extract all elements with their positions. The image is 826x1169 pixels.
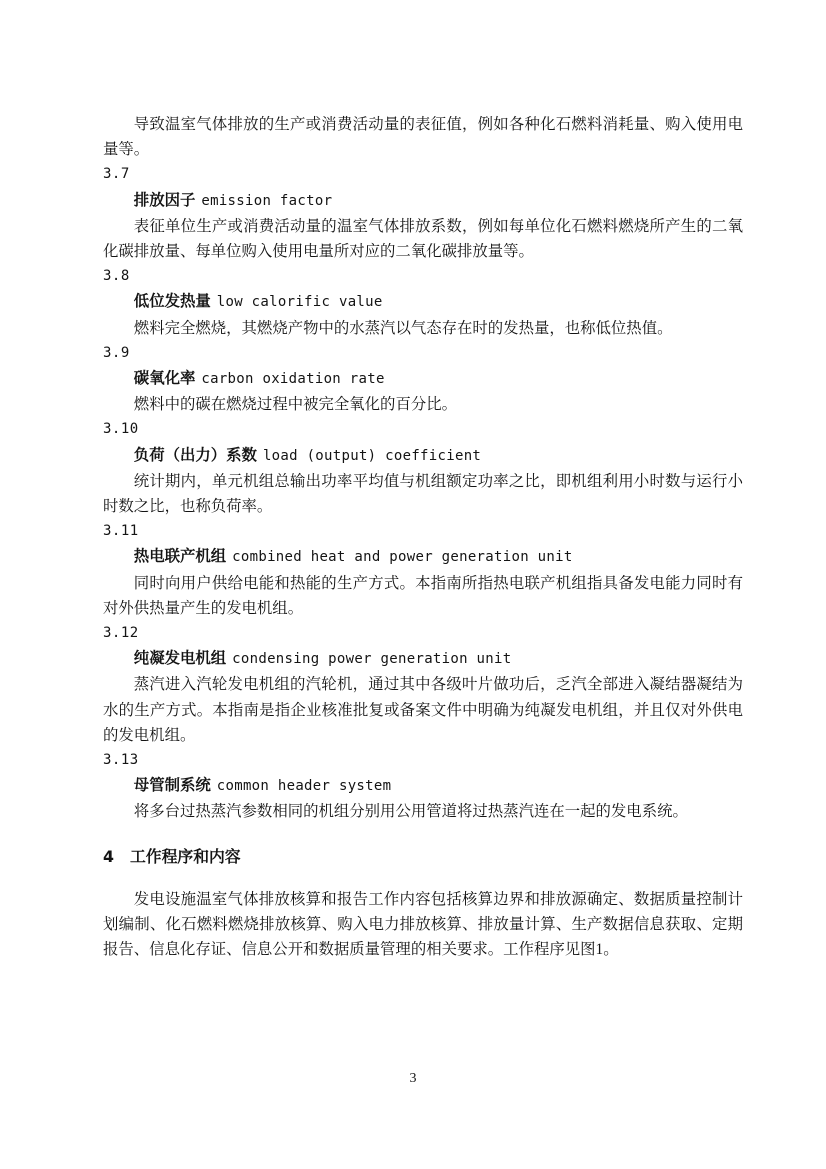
term-definition: 同时向用户供给电能和热能的生产方式。本指南所指热电联产机组指具备发电能力同时有对… xyxy=(103,571,743,621)
term-definition: 蒸汽进入汽轮发电机组的汽轮机，通过其中各级叶片做功后，乏汽全部进入凝结器凝结为水… xyxy=(103,672,743,748)
chapter-paragraph: 发电设施温室气体排放核算和报告工作内容包括核算边界和排放源确定、数据质量控制计划… xyxy=(103,887,743,963)
term-entry: 3.13母管制系统common header system将多台过热蒸汽参数相同… xyxy=(103,748,743,825)
term-title-line: 热电联产机组combined heat and power generation… xyxy=(103,544,743,570)
term-chinese: 排放因子 xyxy=(134,191,196,209)
term-entry: 3.10负荷（出力）系数load (output) coefficient统计期… xyxy=(103,417,743,519)
page-footer: 3 xyxy=(0,1071,826,1087)
document-page: 导致温室气体排放的生产或消费活动量的表征值，例如各种化石燃料消耗量、购入使用电量… xyxy=(0,0,826,1169)
term-chinese: 纯凝发电机组 xyxy=(134,649,226,667)
term-entry: 3.12纯凝发电机组condensing power generation un… xyxy=(103,621,743,748)
page-number: 3 xyxy=(410,1071,417,1086)
continuation-paragraph: 导致温室气体排放的生产或消费活动量的表征值，例如各种化石燃料消耗量、购入使用电量… xyxy=(103,112,743,162)
chapter-number: 4 xyxy=(103,844,130,869)
clause-number: 3.8 xyxy=(103,264,743,289)
term-english: combined heat and power generation unit xyxy=(232,549,572,565)
term-title-line: 母管制系统common header system xyxy=(103,773,743,799)
term-title-line: 排放因子emission factor xyxy=(103,188,743,214)
term-chinese: 碳氧化率 xyxy=(134,369,196,387)
chapter-title: 工作程序和内容 xyxy=(130,847,241,866)
term-entry: 3.11热电联产机组combined heat and power genera… xyxy=(103,519,743,621)
term-definition: 燃料中的碳在燃烧过程中被完全氧化的百分比。 xyxy=(103,392,743,417)
clause-number: 3.7 xyxy=(103,162,743,187)
term-english: emission factor xyxy=(201,193,332,209)
document-content: 导致温室气体排放的生产或消费活动量的表征值，例如各种化石燃料消耗量、购入使用电量… xyxy=(103,112,743,963)
term-english: low calorific value xyxy=(217,294,383,310)
term-entry: 3.7排放因子emission factor表征单位生产或消费活动量的温室气体排… xyxy=(103,162,743,264)
chapter-heading: 4工作程序和内容 xyxy=(103,844,743,869)
clause-number: 3.9 xyxy=(103,341,743,366)
term-title-line: 低位发热量low calorific value xyxy=(103,289,743,315)
term-english: common header system xyxy=(217,778,392,794)
clause-number: 3.11 xyxy=(103,519,743,544)
term-title-line: 碳氧化率carbon oxidation rate xyxy=(103,366,743,392)
term-title-line: 负荷（出力）系数load (output) coefficient xyxy=(103,443,743,469)
term-entry: 3.8低位发热量low calorific value燃料完全燃烧，其燃烧产物中… xyxy=(103,264,743,341)
clause-number: 3.13 xyxy=(103,748,743,773)
term-entry: 3.9碳氧化率carbon oxidation rate燃料中的碳在燃烧过程中被… xyxy=(103,341,743,418)
term-english: carbon oxidation rate xyxy=(201,371,384,387)
clause-number: 3.12 xyxy=(103,621,743,646)
term-definition: 统计期内，单元机组总输出功率平均值与机组额定功率之比，即机组利用小时数与运行小时… xyxy=(103,469,743,519)
term-chinese: 母管制系统 xyxy=(134,776,211,794)
term-english: condensing power generation unit xyxy=(232,651,511,667)
term-chinese: 负荷（出力）系数 xyxy=(134,446,257,464)
term-definition: 燃料完全燃烧，其燃烧产物中的水蒸汽以气态存在时的发热量，也称低位热值。 xyxy=(103,316,743,341)
term-chinese: 热电联产机组 xyxy=(134,547,226,565)
term-title-line: 纯凝发电机组condensing power generation unit xyxy=(103,646,743,672)
term-english: load (output) coefficient xyxy=(263,448,481,464)
term-definition: 将多台过热蒸汽参数相同的机组分别用公用管道将过热蒸汽连在一起的发电系统。 xyxy=(103,799,743,824)
term-definition: 表征单位生产或消费活动量的温室气体排放系数，例如每单位化石燃料燃烧所产生的二氧化… xyxy=(103,214,743,264)
terms-definitions-section: 3.7排放因子emission factor表征单位生产或消费活动量的温室气体排… xyxy=(103,162,743,824)
clause-number: 3.10 xyxy=(103,417,743,442)
term-chinese: 低位发热量 xyxy=(134,292,211,310)
